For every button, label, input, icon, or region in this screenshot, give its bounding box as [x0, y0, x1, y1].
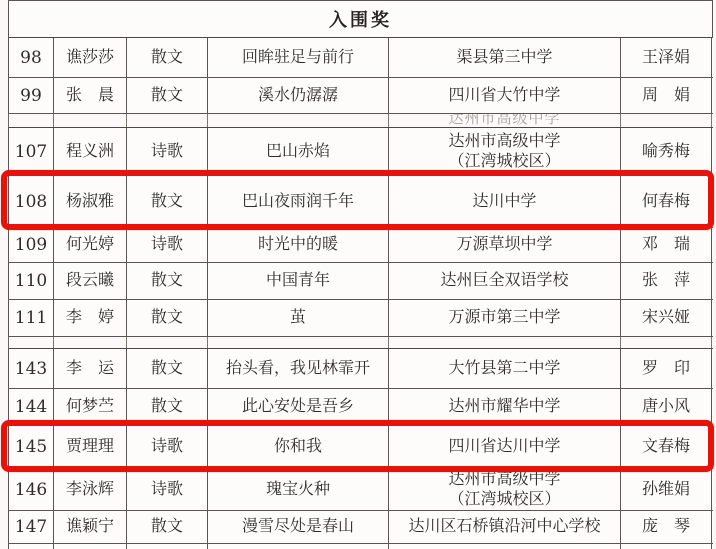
cell-number: 110 [9, 263, 54, 299]
cell-title: 巴山夜雨润千年 [208, 176, 389, 227]
cut-cell [208, 114, 389, 127]
cell-name: 李 运 [54, 349, 127, 388]
cell-number: 99 [9, 78, 54, 113]
cell-school: 渠县第三中学 [389, 38, 621, 77]
cell-teacher: 宋兴娅 [621, 300, 712, 336]
cell-teacher: 唐小风 [621, 389, 712, 425]
cell-number: 111 [9, 300, 54, 336]
cut-cell [54, 544, 127, 549]
cell-title: 抬头看，我见林霏开 [208, 349, 389, 388]
cut-cell [208, 337, 389, 348]
table-row-highlighted: 145 贾理理 诗歌 你和我 四川省达川中学 文春梅 [8, 426, 713, 469]
cell-teacher: 王泽娟 [621, 38, 712, 77]
cell-title: 溪水仍潺潺 [208, 78, 389, 113]
award-table: 入围奖 98 谯莎莎 散文 回眸驻足与前行 渠县第三中学 王泽娟 99 张 晨 … [8, 0, 713, 549]
cell-title: 漫雪尽处是春山 [208, 511, 389, 543]
cell-number: 144 [9, 389, 54, 425]
table-row: 109 何光婷 诗歌 时光中的暖 万源草坝中学 邓 瑞 [8, 228, 713, 263]
stitch-gap-cut-row: 达州市高级中学 [8, 114, 713, 128]
award-document-page: 入围奖 98 谯莎莎 散文 回眸驻足与前行 渠县第三中学 王泽娟 99 张 晨 … [0, 0, 716, 549]
cut-cell [389, 337, 621, 348]
cell-genre: 诗歌 [127, 469, 208, 510]
cut-cell [621, 114, 712, 127]
cell-number: 107 [9, 128, 54, 175]
table-row: 111 李 婷 散文 茧 万源市第三中学 宋兴娅 [8, 300, 713, 337]
cell-school: 万源市第三中学 [389, 300, 621, 336]
table-row: 144 何梦苎 散文 此心安处是吾乡 达州市耀华中学 唐小风 [8, 389, 713, 426]
cell-school: 达川区石桥镇沿河中心学校 [389, 511, 621, 543]
next-row-partial [8, 544, 713, 549]
cell-number: 146 [9, 469, 54, 510]
cut-school-text: 达州市高级中学 [389, 114, 620, 127]
cell-teacher: 罗 印 [621, 349, 712, 388]
cell-genre: 散文 [127, 38, 208, 77]
cell-school: 达州巨全双语学校 [389, 263, 621, 299]
cell-number: 98 [9, 38, 54, 77]
cell-title: 时光中的暖 [208, 228, 389, 262]
cell-teacher: 喻秀梅 [621, 128, 712, 175]
cell-school: 达州市高级中学 （江湾城校区） [389, 469, 621, 510]
section-title: 入围奖 [329, 6, 392, 32]
table-row-highlighted: 108 杨淑雅 散文 巴山夜雨润千年 达川中学 何春梅 [8, 176, 713, 228]
cell-school: 达州市高级中学 （江湾城校区） [389, 128, 621, 175]
cell-name: 李 婷 [54, 300, 127, 336]
cut-cell [127, 114, 208, 127]
cell-number: 109 [9, 228, 54, 262]
cell-school: 四川省大竹中学 [389, 78, 621, 113]
cell-number: 147 [9, 511, 54, 543]
cell-title: 你和我 [208, 426, 389, 468]
cut-cell [9, 544, 54, 549]
cut-cell [621, 337, 712, 348]
cell-title: 巴山赤焰 [208, 128, 389, 175]
cut-cell [54, 337, 127, 348]
cell-title: 中国青年 [208, 263, 389, 299]
cell-number: 145 [9, 426, 54, 468]
cell-genre: 散文 [127, 263, 208, 299]
cell-genre: 散文 [127, 349, 208, 388]
cell-name: 杨淑雅 [54, 176, 127, 227]
cell-name: 段云曦 [54, 263, 127, 299]
cut-cell [127, 544, 208, 549]
cell-school: 大竹县第二中学 [389, 349, 621, 388]
table-row: 98 谯莎莎 散文 回眸驻足与前行 渠县第三中学 王泽娟 [8, 38, 713, 78]
cell-teacher: 文春梅 [621, 426, 712, 468]
cell-name: 李泳辉 [54, 469, 127, 510]
table-row: 146 李泳辉 诗歌 瑰宝火种 达州市高级中学 （江湾城校区） 孙维娟 [8, 469, 713, 511]
cell-teacher: 何春梅 [621, 176, 712, 227]
cut-cell-school: 达州市高级中学 [389, 114, 621, 127]
cell-genre: 诗歌 [127, 128, 208, 175]
cell-number: 108 [9, 176, 54, 227]
cell-school: 四川省达川中学 [389, 426, 621, 468]
cut-cell [208, 544, 389, 549]
cell-teacher: 周 娟 [621, 78, 712, 113]
cell-genre: 散文 [127, 78, 208, 113]
cut-cell [9, 114, 54, 127]
cut-cell [389, 544, 621, 549]
cell-teacher: 孙维娟 [621, 469, 712, 510]
cell-genre: 诗歌 [127, 426, 208, 468]
table-row: 147 谯颖宁 散文 漫雪尽处是春山 达川区石桥镇沿河中心学校 庞 琴 [8, 511, 713, 544]
cut-cell [9, 337, 54, 348]
cell-title: 回眸驻足与前行 [208, 38, 389, 77]
stitch-gap-empty [8, 337, 713, 349]
cell-teacher: 邓 瑞 [621, 228, 712, 262]
cell-genre: 诗歌 [127, 228, 208, 262]
cell-genre: 散文 [127, 511, 208, 543]
cut-cell [621, 544, 712, 549]
cell-name: 程义洲 [54, 128, 127, 175]
cell-school: 达川中学 [389, 176, 621, 227]
cell-school: 万源草坝中学 [389, 228, 621, 262]
cell-school: 达州市耀华中学 [389, 389, 621, 425]
cell-teacher: 张 萍 [621, 263, 712, 299]
cut-cell [127, 337, 208, 348]
cell-name: 谯颖宁 [54, 511, 127, 543]
table-row: 110 段云曦 散文 中国青年 达州巨全双语学校 张 萍 [8, 263, 713, 300]
cell-name: 贾理理 [54, 426, 127, 468]
cut-cell [54, 114, 127, 127]
table-row: 143 李 运 散文 抬头看，我见林霏开 大竹县第二中学 罗 印 [8, 349, 713, 389]
cell-title: 瑰宝火种 [208, 469, 389, 510]
cell-genre: 散文 [127, 176, 208, 227]
cell-genre: 散文 [127, 389, 208, 425]
section-header-row: 入围奖 [8, 0, 713, 38]
cell-name: 何光婷 [54, 228, 127, 262]
cell-genre: 散文 [127, 300, 208, 336]
cell-name: 何梦苎 [54, 389, 127, 425]
table-row: 107 程义洲 诗歌 巴山赤焰 达州市高级中学 （江湾城校区） 喻秀梅 [8, 128, 713, 176]
cell-teacher: 庞 琴 [621, 511, 712, 543]
cell-name: 张 晨 [54, 78, 127, 113]
table-row: 99 张 晨 散文 溪水仍潺潺 四川省大竹中学 周 娟 [8, 78, 713, 114]
cell-name: 谯莎莎 [54, 38, 127, 77]
cell-number: 143 [9, 349, 54, 388]
cell-title: 茧 [208, 300, 389, 336]
cell-title: 此心安处是吾乡 [208, 389, 389, 425]
